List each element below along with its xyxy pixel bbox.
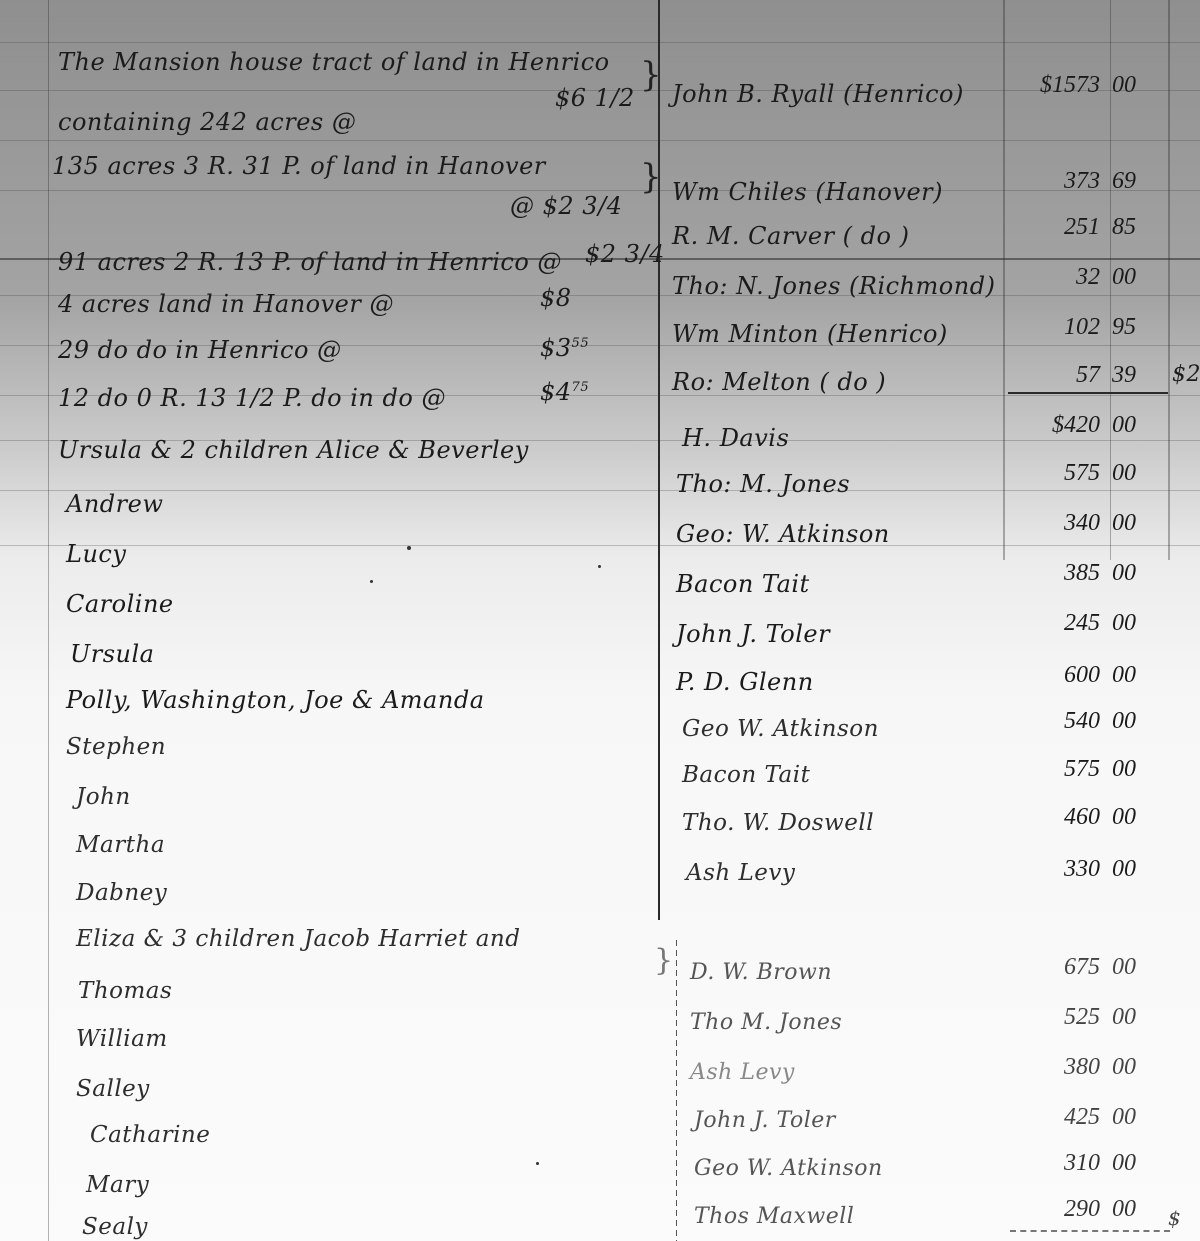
amount-dollars: 330 [1005,856,1100,883]
name-entry: Thomas [78,978,172,1004]
name-entry: Caroline [66,590,174,618]
name-entry: Martha [76,832,165,858]
land-entry-2-rate: @ $2 3/4 [510,192,622,220]
name-entry: Ursula [70,640,154,668]
purchaser: John J. Toler [676,620,830,648]
land-entry-1-line1: The Mansion house tract of land in Henri… [58,48,610,76]
amount-cents: 00 [1112,856,1162,883]
amount-dollars: 310 [1005,1150,1100,1177]
amount-dollars: 57 [1005,362,1100,389]
column-divider-right [1168,0,1170,560]
amount-cents: 00 [1112,954,1162,981]
ruled-line [0,545,1200,546]
land-entry-6-rate: $475 [540,378,589,406]
purchaser: Geo: W. Atkinson [676,520,890,548]
margin-total-mark: $2 [1172,362,1200,387]
purchaser: Tho. W. Doswell [682,810,874,836]
purchaser: Tho M. Jones [690,1010,842,1035]
amount-dollars: 575 [1005,460,1100,487]
amount-cents: 00 [1112,560,1162,587]
brace-icon: } [640,160,662,194]
amount-dollars: 340 [1005,510,1100,537]
amount-cents: 00 [1112,510,1162,537]
amount-cents: 00 [1112,1150,1162,1177]
amount-cents: 39 [1112,362,1162,389]
amount-dollars: 373 [1005,168,1100,195]
amount-cents: 00 [1112,72,1162,99]
ledger-page: The Mansion house tract of land in Henri… [0,0,1200,1241]
column-divider-faded [676,940,677,1241]
purchaser: H. Davis [682,424,789,452]
purchaser: Ash Levy [686,860,795,886]
amount-cents: 00 [1112,1104,1162,1131]
purchaser-land-2: Wm Chiles (Hanover) [672,178,943,206]
scan-speck [536,1162,539,1165]
name-entry: Sealy [82,1214,148,1240]
name-entry: Ursula & 2 children Alice & Beverley [58,436,529,464]
name-entry: Andrew [66,490,163,518]
amount-cents: 00 [1112,610,1162,637]
amount-dollars: 675 [1005,954,1100,981]
purchaser: Thos Maxwell [694,1204,854,1229]
amount-cents: 00 [1112,756,1162,783]
purchaser-land-1: John B. Ryall (Henrico) [672,80,964,108]
purchaser-land-5: Wm Minton (Henrico) [672,320,948,348]
amount-dollars: 290 [1005,1196,1100,1223]
name-entry: Polly, Washington, Joe & Amanda [66,686,485,714]
purchaser: Geo W. Atkinson [682,716,879,742]
purchaser: Tho: M. Jones [676,470,850,498]
amount-dollars: 380 [1005,1054,1100,1081]
purchaser-land-4: Tho: N. Jones (Richmond) [672,272,995,300]
amount-cents: 00 [1112,1054,1162,1081]
scan-speck [598,565,601,568]
name-entry: Stephen [66,734,166,760]
subtotal-underline [1008,392,1168,394]
amount-dollars: 575 [1005,756,1100,783]
name-entry: Dabney [76,880,167,906]
land-entry-5-rate: $355 [540,334,589,362]
purchaser-land-6: Ro: Melton ( do ) [672,368,886,396]
margin-total-mark: $ [1168,1206,1181,1230]
land-entry-2: 135 acres 3 R. 31 P. of land in Hanover [52,152,546,180]
amount-dollars: 525 [1005,1004,1100,1031]
column-divider-cents [1110,0,1111,560]
amount-cents: 00 [1112,1196,1162,1223]
amount-cents: 85 [1112,214,1162,241]
name-entry: William [76,1026,168,1052]
amount-dollars: 600 [1005,662,1100,689]
scan-speck [370,580,373,583]
amount-dollars: 385 [1005,560,1100,587]
purchaser-land-3: R. M. Carver ( do ) [672,222,909,250]
amount-dollars: 251 [1005,214,1100,241]
amount-dollars: 32 [1005,264,1100,291]
amount-cents: 00 [1112,264,1162,291]
amount-cents: 00 [1112,1004,1162,1031]
ruled-line [0,490,1200,491]
margin-line [48,0,49,1241]
brace-icon: } [640,58,662,92]
amount-cents: 69 [1112,168,1162,195]
purchaser: Geo W. Atkinson [694,1156,883,1181]
amount-dollars: $420 [1005,412,1100,439]
land-entry-4-rate: $8 [540,284,572,312]
purchaser: Ash Levy [690,1060,795,1085]
purchaser: D. W. Brown [690,960,832,985]
amount-cents: 00 [1112,708,1162,735]
amount-dollars: 245 [1005,610,1100,637]
amount-cents: 00 [1112,662,1162,689]
purchaser: Bacon Tait [676,570,810,598]
name-entry: Catharine [90,1122,210,1148]
land-entry-6: 12 do 0 R. 13 1/2 P. do in do @ [58,384,446,412]
amount-cents: 95 [1112,314,1162,341]
amount-dollars: 540 [1005,708,1100,735]
land-entry-3-rate: $2 3/4 [585,240,665,268]
name-entry: Lucy [66,540,126,568]
land-entry-4: 4 acres land in Hanover @ [58,290,394,318]
purchaser: P. D. Glenn [676,668,814,696]
name-entry: Eliza & 3 children Jacob Harriet and [76,926,520,952]
amount-dollars: 102 [1005,314,1100,341]
purchaser: John J. Toler [694,1108,836,1133]
ruled-line [0,140,1200,141]
purchaser: Bacon Tait [682,762,810,788]
amount-dollars: $1573 [1005,72,1100,99]
land-entry-5: 29 do do in Henrico @ [58,336,342,364]
ruled-line [0,42,1200,43]
amount-cents: 00 [1112,460,1162,487]
amount-cents: 00 [1112,412,1162,439]
land-entry-1-rate: $6 1/2 [555,84,635,112]
land-entry-1-line2: containing 242 acres @ [58,108,356,136]
amount-dollars: 425 [1005,1104,1100,1131]
name-entry: John [76,784,131,810]
scan-speck [407,546,411,550]
amount-dollars: 460 [1005,804,1100,831]
brace-icon: } [654,946,673,976]
land-entry-3: 91 acres 2 R. 13 P. of land in Henrico @ [58,248,562,276]
amount-cents: 00 [1112,804,1162,831]
name-entry: Mary [86,1172,149,1198]
name-entry: Salley [76,1076,150,1102]
column-divider-purchaser [658,0,660,920]
total-underline [1010,1230,1170,1232]
